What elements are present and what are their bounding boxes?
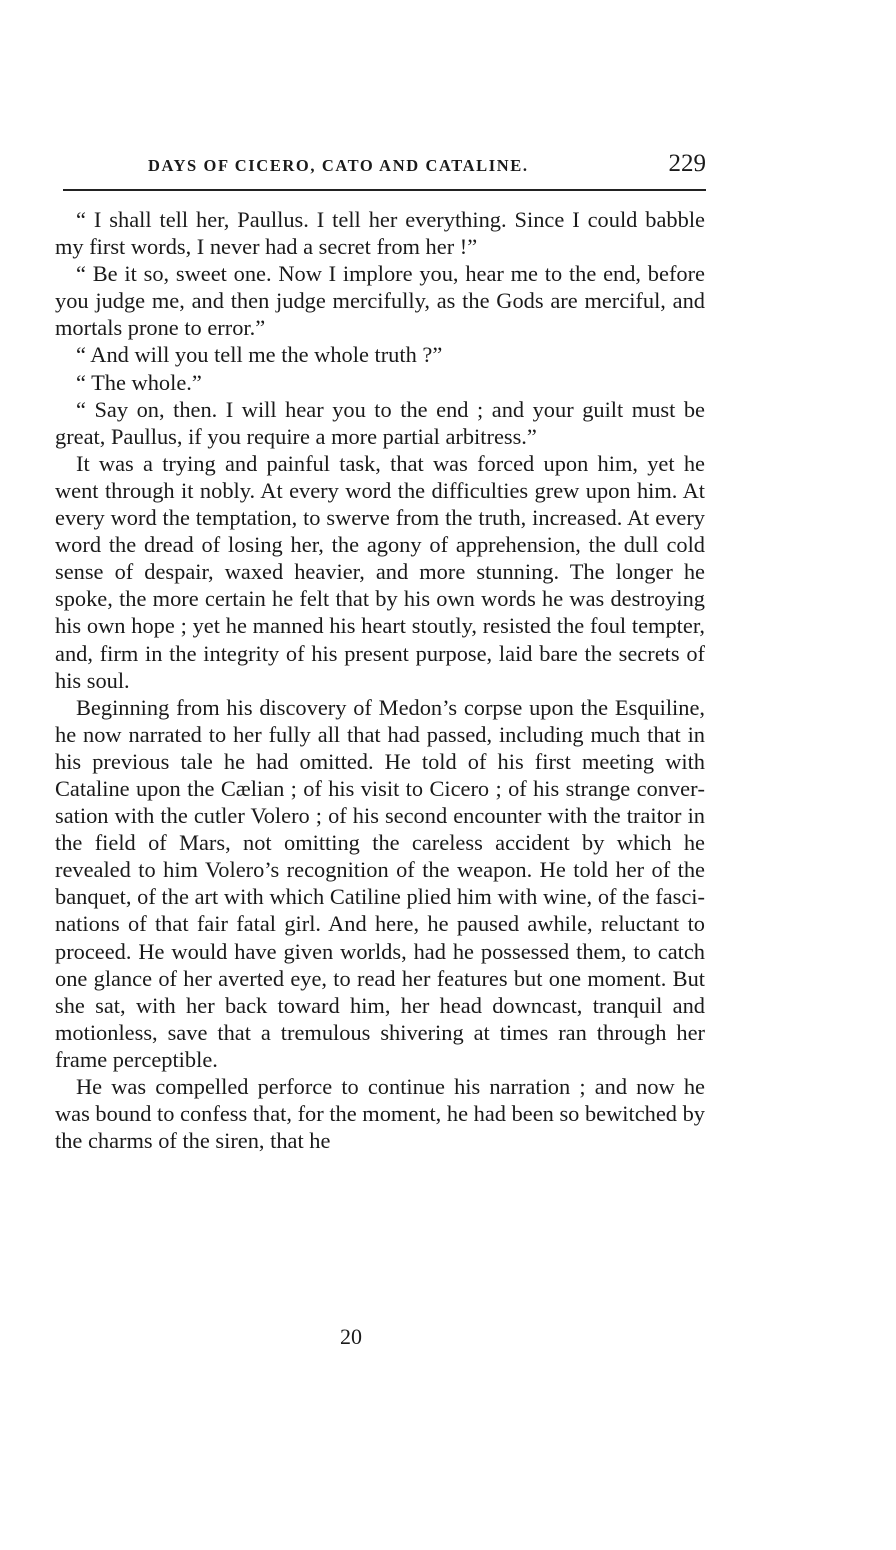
signature-mark: 20 [340,1324,362,1350]
paragraph-narrative-3: He was compelled perforce to continue hi… [55,1073,705,1154]
page-number: 229 [669,150,707,178]
running-title: DAYS OF CICERO, CATO AND CATALINE. [148,156,529,176]
paragraph-dialogue-1: “ I shall tell her, Paullus. I tell her … [55,206,705,260]
paragraph-narrative-2: Beginning from his discovery of Medon’s … [55,694,705,1073]
paragraph-dialogue-5: “ Say on, then. I will hear you to the e… [55,396,705,450]
paragraph-narrative-1: It was a trying and painful task, that w… [55,450,705,694]
paragraph-dialogue-4: “ The whole.” [55,369,705,396]
paragraph-dialogue-3: “ And will you tell me the whole truth ?… [55,341,705,368]
header-rule [63,189,706,191]
book-page: DAYS OF CICERO, CATO AND CATALINE. 229 “… [0,0,896,1550]
paragraph-dialogue-2: “ Be it so, sweet one. Now I implore you… [55,260,705,341]
running-head: DAYS OF CICERO, CATO AND CATALINE. 229 [140,150,706,182]
body-text: “ I shall tell her, Paullus. I tell her … [55,206,705,1154]
